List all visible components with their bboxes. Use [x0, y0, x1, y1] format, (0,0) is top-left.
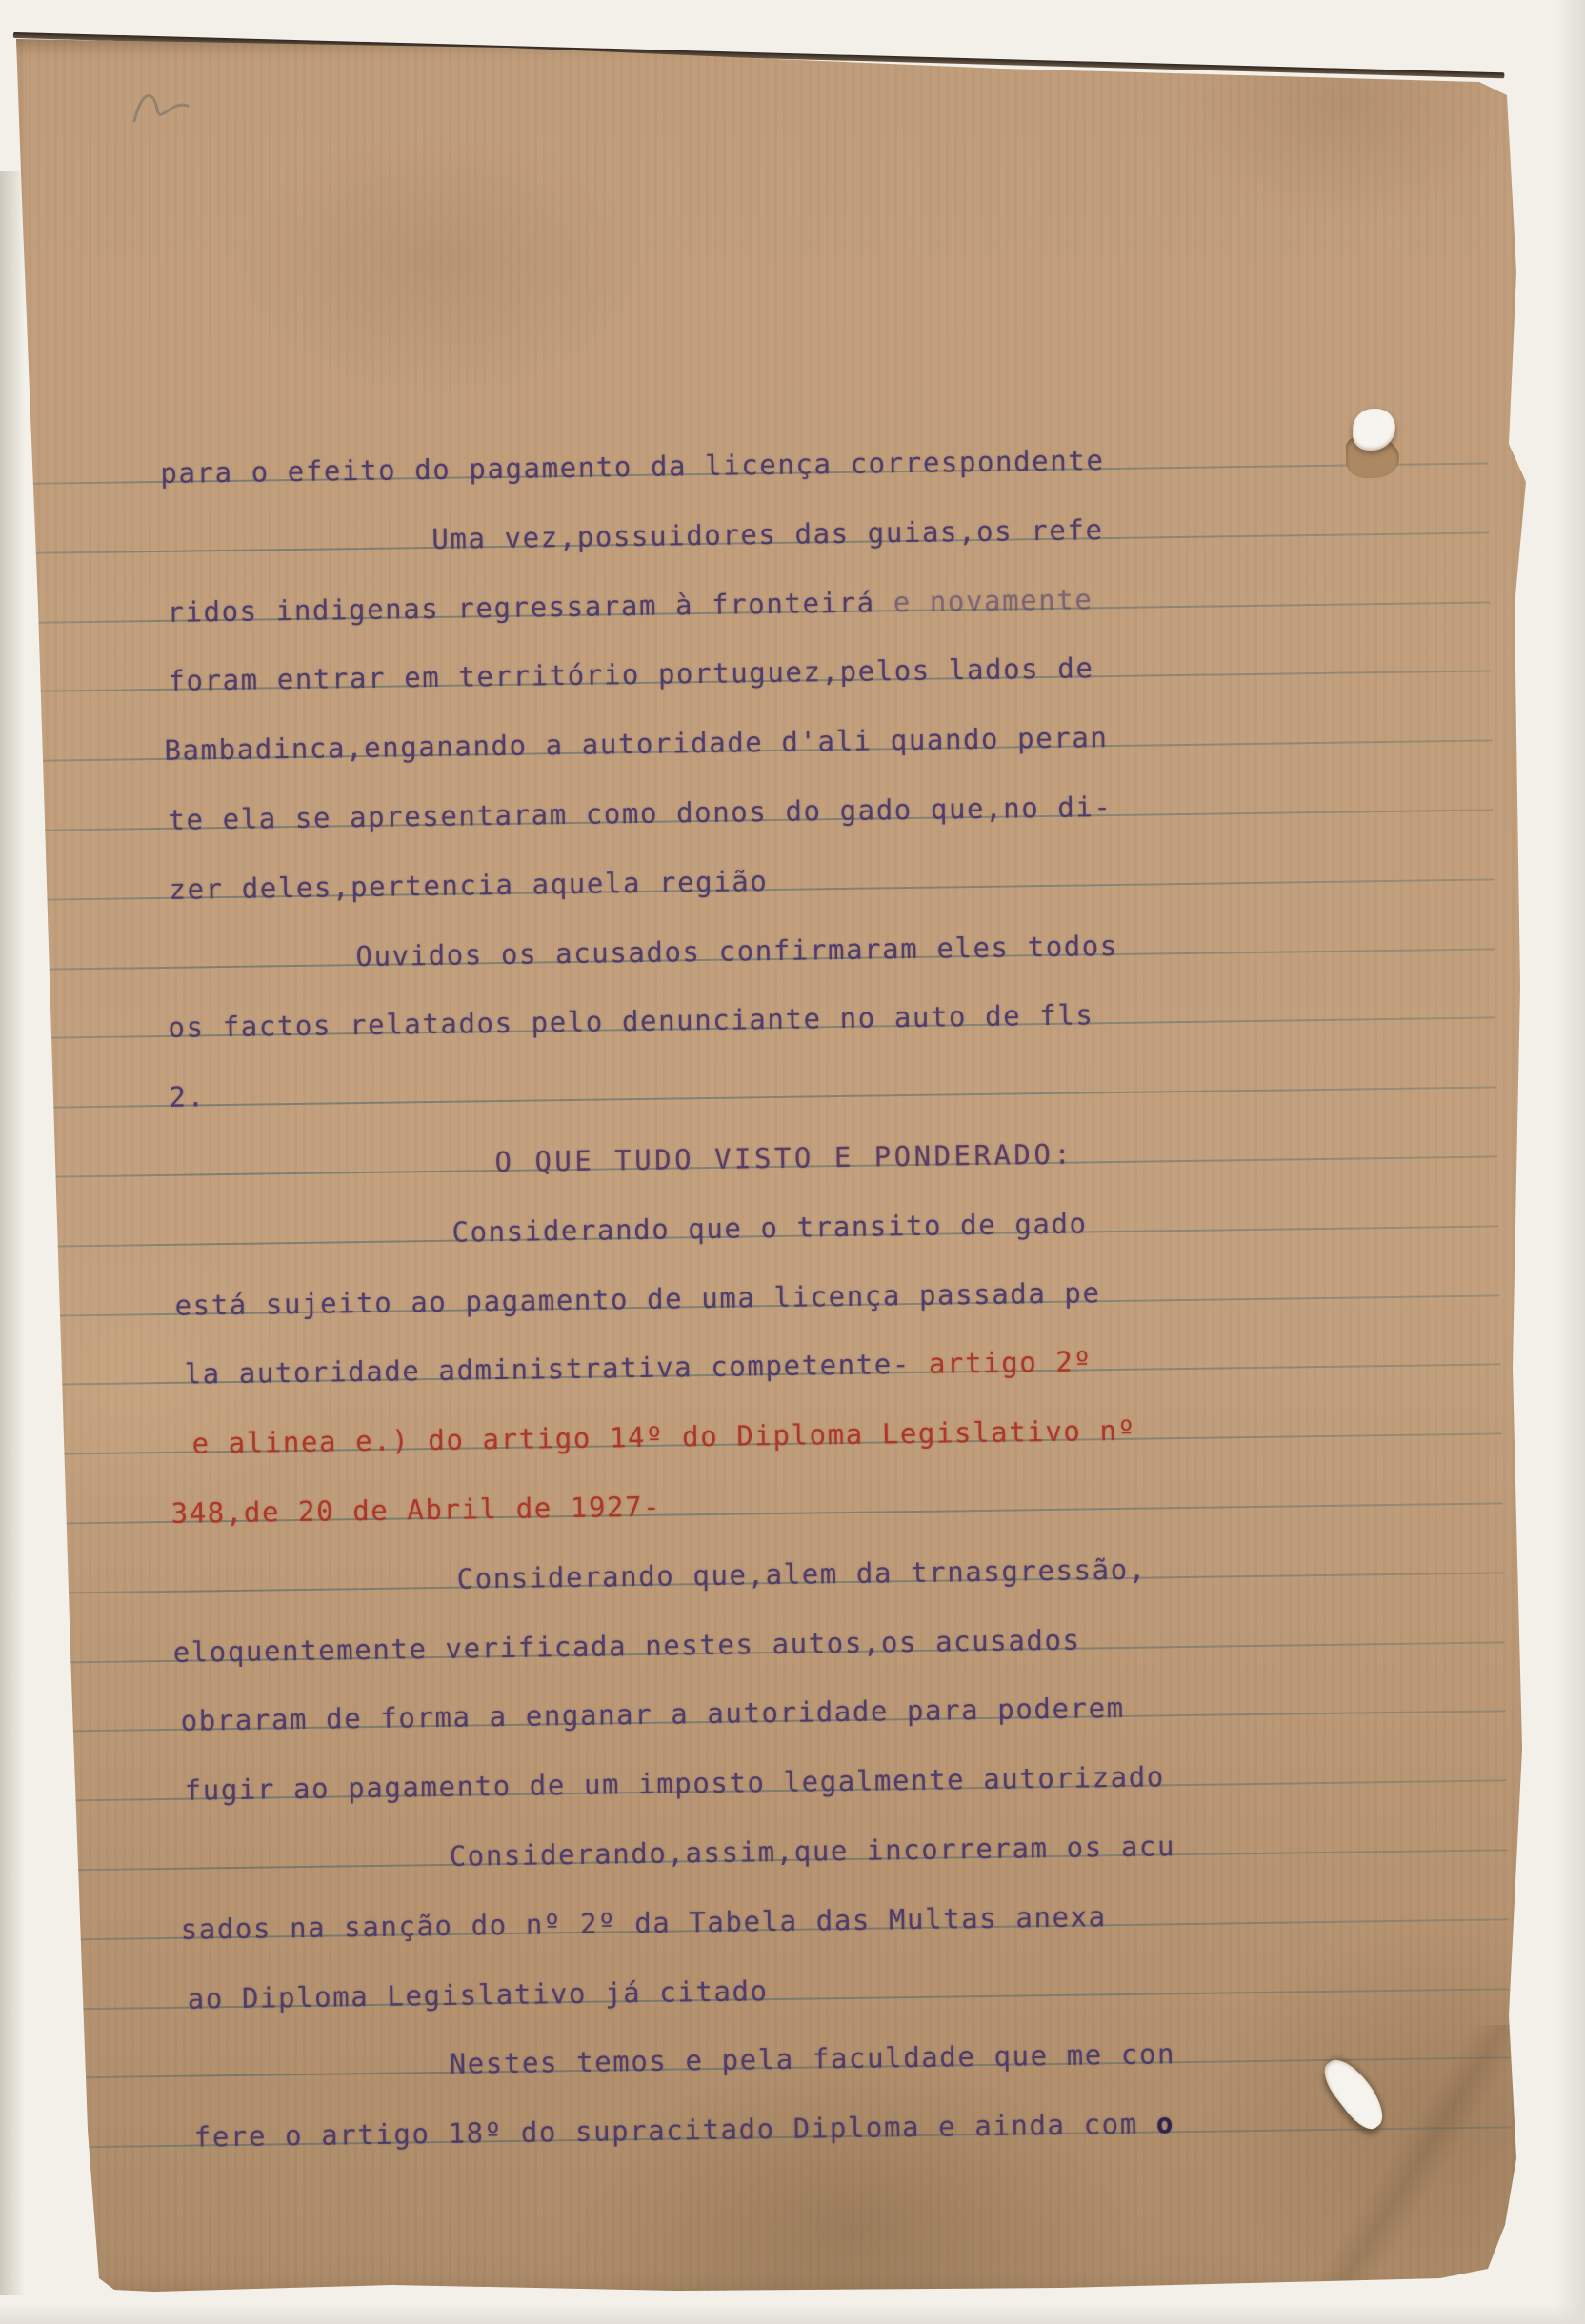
- text-segment: Ouvidos os acusados confirmaram eles tod…: [355, 930, 1118, 972]
- text-segment: está sujeito ao pagamento de uma licença…: [174, 1276, 1100, 1322]
- text-segment: eloquentemente verificada nestes autos,o…: [172, 1623, 1080, 1668]
- text-segment: foram entrar em território portuguez,pel…: [168, 652, 1093, 698]
- text-segment: Considerando que o transito de gado: [451, 1207, 1088, 1248]
- text-line: obraram de forma a enganar a autoridade …: [180, 1691, 1124, 1738]
- text-segment: ridos indigenas regressaram à fronteirá: [167, 586, 893, 629]
- text-line: fere o artigo 18º do supracitado Diploma…: [194, 2106, 1175, 2154]
- text-line: está sujeito ao pagamento de uma licença…: [174, 1275, 1100, 1323]
- ruled-line: [26, 1087, 1497, 1110]
- scanner-left-shadow: [0, 171, 25, 2295]
- text-line: 348,de 20 de Abril de 1927-: [171, 1490, 661, 1531]
- text-segment: Considerando,assim,que incorreram os acu: [449, 1830, 1175, 1873]
- text-segment: sados na sanção do nº 2º da Tabela das M…: [180, 1900, 1106, 1946]
- section-heading: O QUE TUDO VISTO E PONDERADO:: [494, 1137, 1073, 1179]
- text-segment: artigo 2º: [929, 1346, 1093, 1380]
- text-segment: fere o artigo 18º do supracitado Diploma…: [194, 2108, 1157, 2154]
- text-segment: o: [1156, 2107, 1175, 2139]
- text-line: Uma vez,possuidores das guias,os refe: [431, 512, 1104, 556]
- text-line: foram entrar em território portuguez,pel…: [168, 651, 1093, 699]
- text-segment: zer deles,pertencia aquela região: [169, 865, 768, 906]
- text-line: ao Diploma Legislativo já citado: [188, 1973, 769, 2016]
- text-segment: obraram de forma a enganar a autoridade …: [180, 1692, 1124, 1737]
- text-segment: Bambadinca,enganando a autoridade d'ali …: [164, 721, 1108, 767]
- text-line: 2.: [169, 1080, 206, 1115]
- text-segment: Uma vez,possuidores das guias,os refe: [431, 513, 1104, 555]
- text-line: e alinea e.) do artigo 14º do Diploma Le…: [191, 1413, 1135, 1461]
- text-segment: fugir ao pagamento de um imposto legalme…: [184, 1761, 1165, 1807]
- text-segment: O QUE TUDO VISTO E PONDERADO:: [494, 1138, 1073, 1178]
- text-line: Considerando que o transito de gado: [451, 1206, 1088, 1249]
- text-line: la autoridade administrativa competente-…: [184, 1345, 1092, 1392]
- text-segment: Considerando que,alem da trnasgressão,: [456, 1553, 1147, 1594]
- text-line: os factos relatados pelo denunciante no …: [168, 998, 1093, 1046]
- text-segment: Nestes temos e pela faculdade que me con: [450, 2038, 1176, 2081]
- text-segment: e novamente: [893, 583, 1093, 618]
- text-segment: os factos relatados pelo denunciante no …: [168, 999, 1093, 1045]
- text-line: te ela se apresentaram como donos do gad…: [168, 790, 1112, 837]
- scanner-right-shadow: [1556, 0, 1585, 2324]
- text-line: Bambadinca,enganando a autoridade d'ali …: [164, 720, 1108, 768]
- typewritten-content: para o efeito do pagamento da licença co…: [0, 0, 1585, 2324]
- pencil-mark: [129, 81, 214, 138]
- text-line: zer deles,pertencia aquela região: [169, 864, 768, 907]
- text-line: fugir ao pagamento de um imposto legalme…: [184, 1760, 1165, 1808]
- text-line: sados na sanção do nº 2º da Tabela das M…: [180, 1899, 1106, 1947]
- document-scan: para o efeito do pagamento da licença co…: [0, 0, 1585, 2324]
- text-segment: ao Diploma Legislativo já citado: [188, 1974, 769, 2015]
- text-line: Considerando que,alem da trnasgressão,: [456, 1552, 1147, 1595]
- text-segment: 2.: [169, 1081, 206, 1114]
- text-segment: e alinea e.) do artigo 14º do Diploma Le…: [191, 1414, 1135, 1460]
- text-segment: te ela se apresentaram como donos do gad…: [168, 791, 1112, 836]
- paper-sheet: para o efeito do pagamento da licença co…: [11, 34, 1543, 2297]
- text-line: Considerando,assim,que incorreram os acu: [449, 1829, 1175, 1873]
- text-line: ridos indigenas regressaram à fronteirá …: [167, 582, 1093, 630]
- text-line: Nestes temos e pela faculdade que me con: [449, 2037, 1175, 2082]
- text-line: eloquentemente verificada nestes autos,o…: [172, 1622, 1080, 1669]
- text-line: para o efeito do pagamento da licença co…: [160, 443, 1104, 491]
- text-segment: 348,de 20 de Abril de 1927-: [171, 1491, 661, 1530]
- scanner-bottom-shadow: [0, 2303, 1585, 2324]
- text-segment: la autoridade administrativa competente-: [184, 1348, 929, 1391]
- text-line: Ouvidos os acusados confirmaram eles tod…: [355, 929, 1118, 973]
- text-segment: para o efeito do pagamento da licença co…: [160, 444, 1104, 490]
- scan-background: { "document": { "type": "scanned-typewri…: [0, 0, 1585, 2324]
